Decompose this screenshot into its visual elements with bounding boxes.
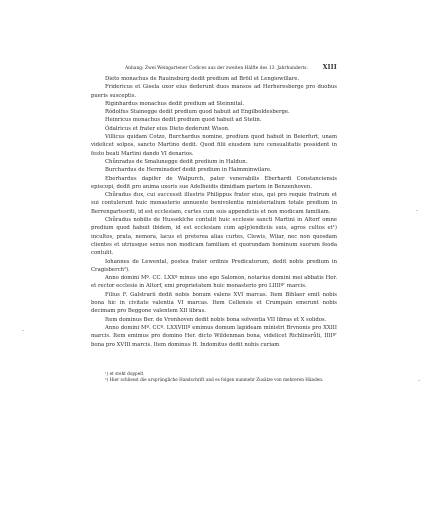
paragraph: Villicus quidam Cotzo, Burchardus nomine… [91,133,337,158]
footnote-separator [91,349,337,371]
paragraph: Ródolfus Stainegge dedit predium quod ha… [91,108,337,116]
paragraph: Filius F. Galstrarii dedit nobis bonum v… [91,291,337,316]
footnote: ²) Hier schliesst die ursprüngliche Hand… [105,377,337,384]
paragraph: Ódalricus et frater eius Dieto dederunt … [91,125,337,133]
paragraph: Riginhardus monachus dedit predium ad St… [91,100,337,108]
paragraph: Heinricus monachus dedit predium quod ha… [91,116,337,124]
paragraph: Chůradus nobilis de Husseklche contulit … [91,216,337,257]
paragraph: Eberhardus dapifer de Walpurch, pater ve… [91,175,337,192]
paragraph: Iohannes de Lewental, postea frater ordi… [91,258,337,275]
scan-speck [418,380,420,381]
scan-speck [22,330,24,331]
paragraph: Chůnradus de Smalunegge dedit predium in… [91,158,337,166]
paragraph: Item dominus Ber. de Vronhoven dedit nob… [91,316,337,324]
footnotes: ¹) et steht doppelt. ²) Hier schliesst d… [91,371,337,384]
scan-speck [416,210,418,211]
paragraph: Fridericus et Gisela uxor eius dederunt … [91,83,337,100]
running-header: Anhang: Zwei Weingartener Codices aus de… [91,64,337,71]
body-text: Dieto monachus de Rauinsburg dedit predi… [91,75,337,349]
page-number: XIII [323,64,337,71]
running-title: Anhang: Zwei Weingartener Codices aus de… [125,66,308,71]
book-page: Anhang: Zwei Weingartener Codices aus de… [91,64,337,384]
paragraph: Anno domini Mº. CC. LXXº minus uno ego S… [91,274,337,291]
paragraph: Chůradus dux, cui successit illustris Ph… [91,191,337,216]
paragraph: Dieto monachus de Rauinsburg dedit predi… [91,75,337,83]
paragraph: Burchardus de Herminsdorf dedit predium … [91,166,337,174]
paragraph: Anno domini Mº. CCº. LXXVIIIº emimus dom… [91,324,337,349]
